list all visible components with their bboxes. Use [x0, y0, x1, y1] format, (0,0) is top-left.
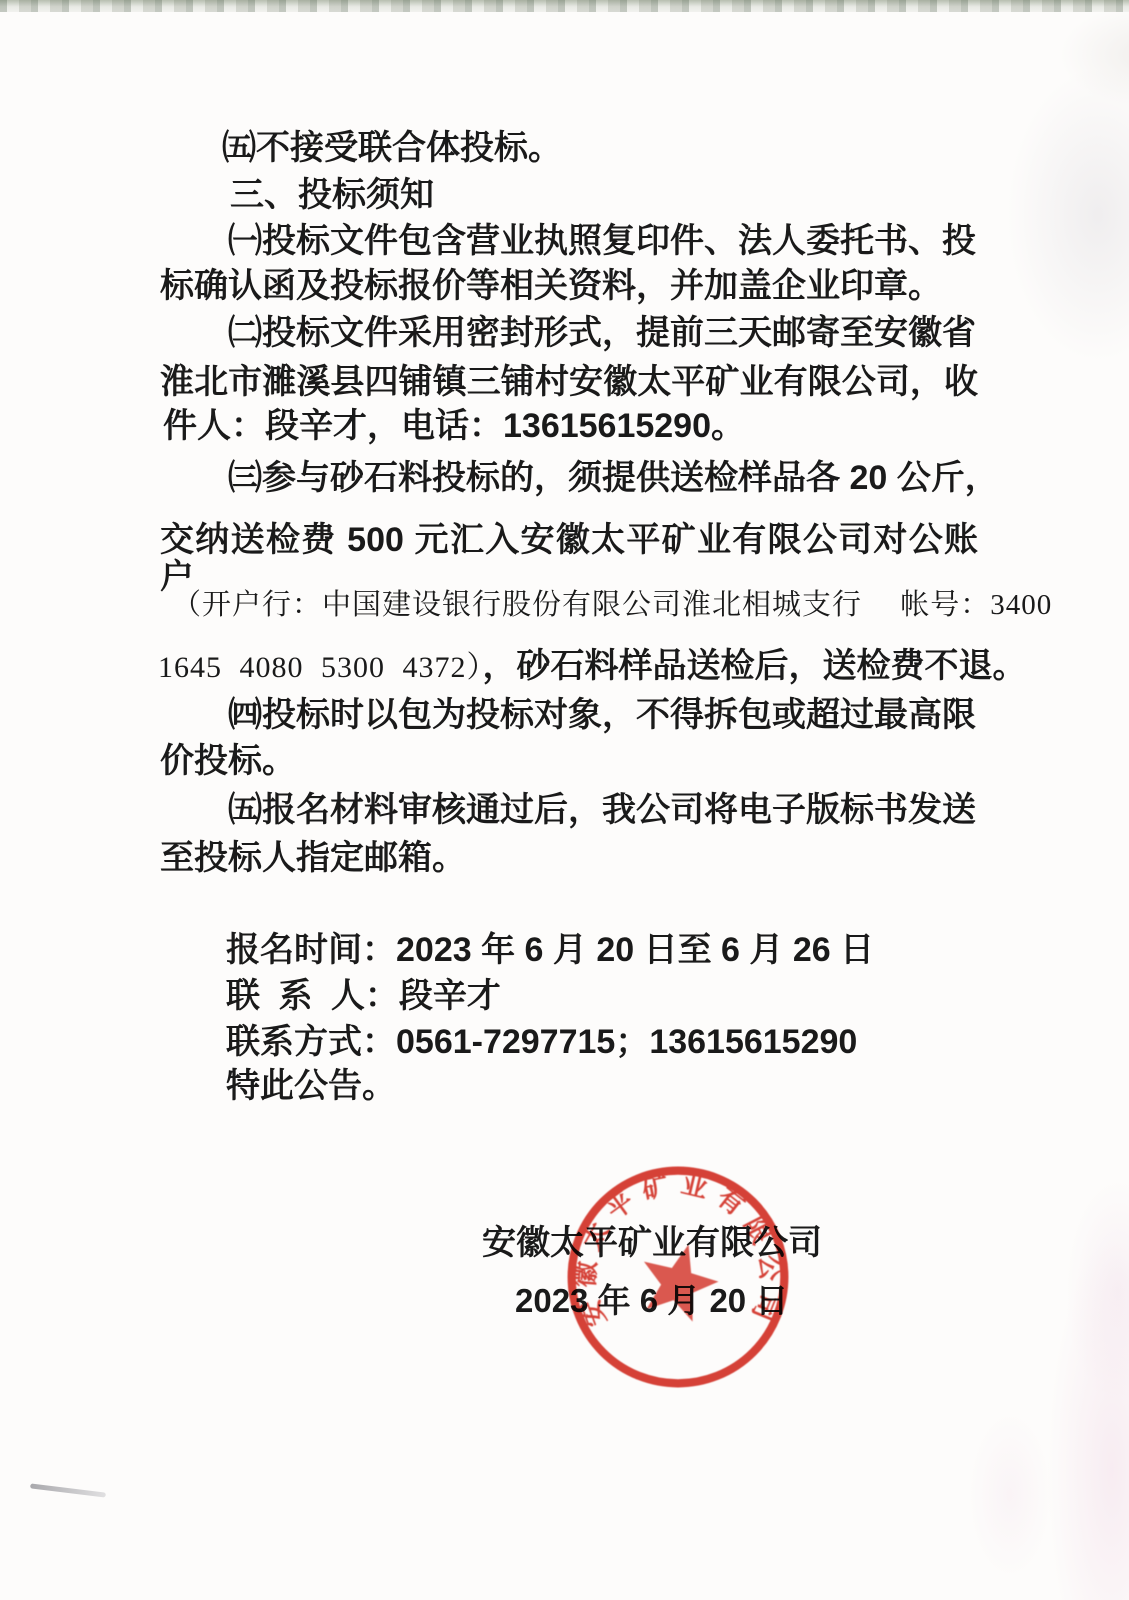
pencil-mark-artifact	[30, 1483, 106, 1497]
company-seal: 安徽太平矿业有限公司	[562, 1161, 794, 1393]
signup-time: 报名时间：2023 年 6 月 20 日至 6 月 26 日	[226, 932, 874, 969]
bank-account-number: 1645 4080 5300 4372）	[158, 651, 483, 684]
contact-method: 联系方式：0561-7297715；13615615290	[226, 1024, 857, 1061]
clause-2-line-3: 件人：段辛才，电话：13615615290。	[163, 408, 745, 445]
scan-edge-artifact	[0, 0, 1129, 12]
clause-5-line-2: 至投标人指定邮箱。	[160, 840, 466, 877]
section-heading: 三、投标须知	[230, 177, 434, 214]
seal-star-icon	[644, 1245, 719, 1322]
clause-5-line-1: ㈤报名材料审核通过后，我公司将电子版标书发送	[228, 792, 976, 829]
clause-3-line-4-rest: ，砂石料样品送检后，送检费不退。	[483, 647, 1027, 685]
clause-3-line-2: 交纳送检费 500 元汇入安徽太平矿业有限公司对公账户	[160, 522, 978, 597]
clause-1-line-2: 标确认函及投标报价等相关资料，并加盖企业印章。	[160, 268, 942, 305]
contact-person: 联 系 人：段辛才	[226, 978, 501, 1015]
clause-4-line-1: ㈣投标时以包为投标对象，不得拆包或超过最高限	[228, 697, 976, 734]
bank-info-line: （开户行：中国建设银行股份有限公司淮北相城支行 帐号：3400	[172, 590, 1052, 622]
clause-4-line-2: 价投标。	[160, 743, 296, 780]
document-page: ㈤不接受联合体投标。 三、投标须知 ㈠投标文件包含营业执照复印件、法人委托书、投…	[0, 0, 1129, 1600]
clause-2-line-1: ㈡投标文件采用密封形式，提前三天邮寄至安徽省	[228, 315, 976, 352]
clause-3-line-1: ㈢参与砂石料投标的，须提供送检样品各 20 公斤，	[228, 460, 999, 497]
clause-1-line-1: ㈠投标文件包含营业执照复印件、法人委托书、投	[228, 223, 976, 260]
clause-5-carryover: ㈤不接受联合体投标。	[222, 130, 562, 167]
bank-account-line: 1645 4080 5300 4372），砂石料样品送检后，送检费不退。	[158, 638, 1027, 687]
seal-company-text: 安徽太平矿业有限公司	[570, 1168, 786, 1333]
clause-2-line-2: 淮北市濉溪县四铺镇三铺村安徽太平矿业有限公司，收	[160, 364, 978, 401]
proclamation: 特此公告。	[226, 1068, 396, 1105]
